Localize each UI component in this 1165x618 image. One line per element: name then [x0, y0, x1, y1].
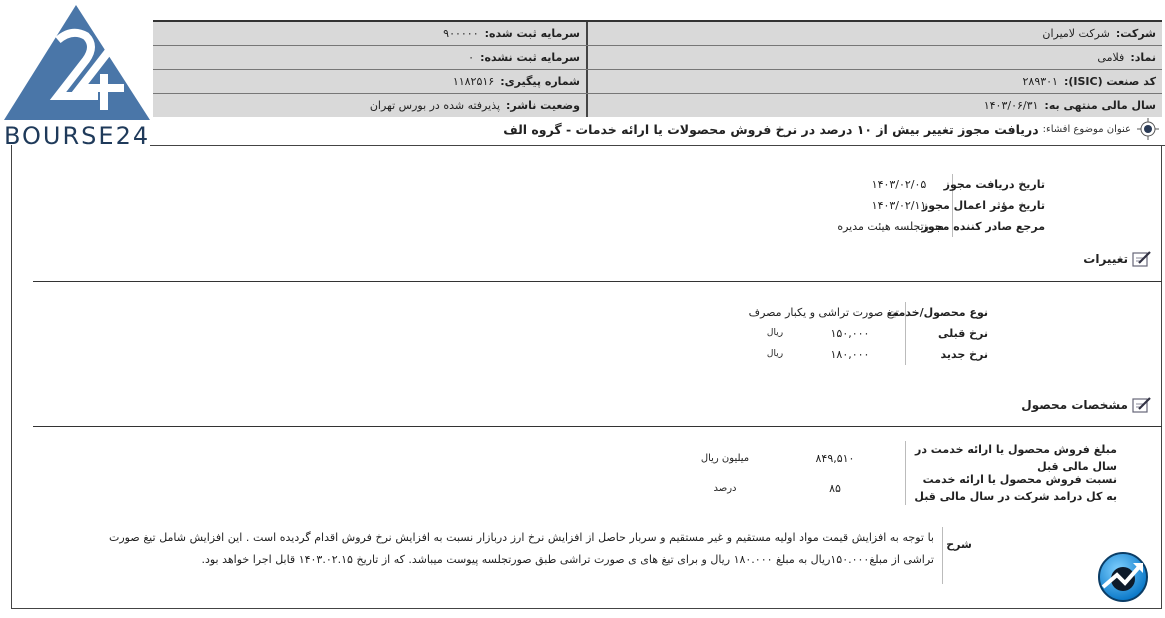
- publisher-status-cell: وضعیت ناشر:پذیرفته شده در بورس تهران: [153, 94, 586, 117]
- rate-row: نرخ جدید۱۸۰,۰۰۰ریال: [749, 344, 988, 365]
- unregistered-capital-cell: سرمایه ثبت نشده:۰: [153, 46, 586, 69]
- subject-title: دریافت مجوز تغییر بیش از ۱۰ درصد در نرخ …: [503, 122, 1038, 137]
- divider: [33, 426, 1162, 427]
- info-row: شرکت:شرکت لامیران سرمایه ثبت شده:۹۰۰۰۰۰: [153, 22, 1162, 46]
- disclosure-subject: عنوان موضوع افشاء: دریافت مجوز تغییر بیش…: [503, 118, 1159, 140]
- edit-note-icon: [1132, 250, 1152, 268]
- trend-arrow-icon: [1097, 551, 1149, 603]
- symbol-cell: نماد:فلامی: [586, 46, 1162, 69]
- info-row: کد صنعت (ISIC):۲۸۹۳۰۱ شماره پیگیری:۱۱۸۲۵…: [153, 70, 1162, 94]
- changes-heading: تغییرات: [1083, 250, 1152, 268]
- permit-row: تاریخ مؤثر اعمال مجوز۱۴۰۳/۰۲/۱۱: [837, 195, 1045, 216]
- tracking-number-cell: شماره پیگیری:۱۱۸۲۵۱۶: [153, 70, 586, 93]
- rate-row: نرخ قبلی۱۵۰,۰۰۰ریال: [749, 323, 988, 344]
- changes-table: نوع محصول/خدمتتیغ صورت تراشی و یکبار مصر…: [749, 302, 988, 365]
- bourse24-logo: BOURSE24: [0, 0, 155, 152]
- permit-row: تاریخ دریافت مجوز۱۴۰۳/۰۲/۰۵: [837, 174, 1045, 195]
- spec-row: مبلغ فروش محصول یا ارائه خدمت در سال مال…: [685, 448, 1117, 468]
- registered-capital-cell: سرمایه ثبت شده:۹۰۰۰۰۰: [153, 22, 586, 45]
- info-row: نماد:فلامی سرمایه ثبت نشده:۰: [153, 46, 1162, 70]
- isic-cell: کد صنعت (ISIC):۲۸۹۳۰۱: [586, 70, 1162, 93]
- permit-row: مرجع صادر کننده مجوزصورتجلسه هیئت مدیره: [837, 216, 1045, 237]
- target-icon: [1137, 118, 1159, 140]
- description: شرح با توجه به افزایش قیمت مواد اولیه مس…: [109, 527, 975, 584]
- company-info-grid: شرکت:شرکت لامیران سرمایه ثبت شده:۹۰۰۰۰۰ …: [153, 20, 1162, 116]
- fiscal-year-cell: سال مالی منتهی به:۱۴۰۳/۰۶/۳۱: [586, 94, 1162, 117]
- info-row: سال مالی منتهی به:۱۴۰۳/۰۶/۳۱ وضعیت ناشر:…: [153, 94, 1162, 117]
- subject-label: عنوان موضوع افشاء:: [1043, 124, 1131, 135]
- product-specs-heading: مشخصات محصول: [1021, 396, 1152, 414]
- divider: [33, 281, 1162, 282]
- edit-note-icon: [1132, 396, 1152, 414]
- spec-row: نسبت فروش محصول یا ارائه خدمت به کل درام…: [685, 471, 1117, 505]
- product-row: نوع محصول/خدمتتیغ صورت تراشی و یکبار مصر…: [749, 302, 988, 323]
- company-cell: شرکت:شرکت لامیران: [586, 22, 1162, 45]
- permit-info: تاریخ دریافت مجوز۱۴۰۳/۰۲/۰۵ تاریخ مؤثر ا…: [837, 174, 1045, 237]
- logo-triangle-icon: [0, 0, 155, 125]
- product-specs-table: مبلغ فروش محصول یا ارائه خدمت در سال مال…: [685, 448, 1117, 505]
